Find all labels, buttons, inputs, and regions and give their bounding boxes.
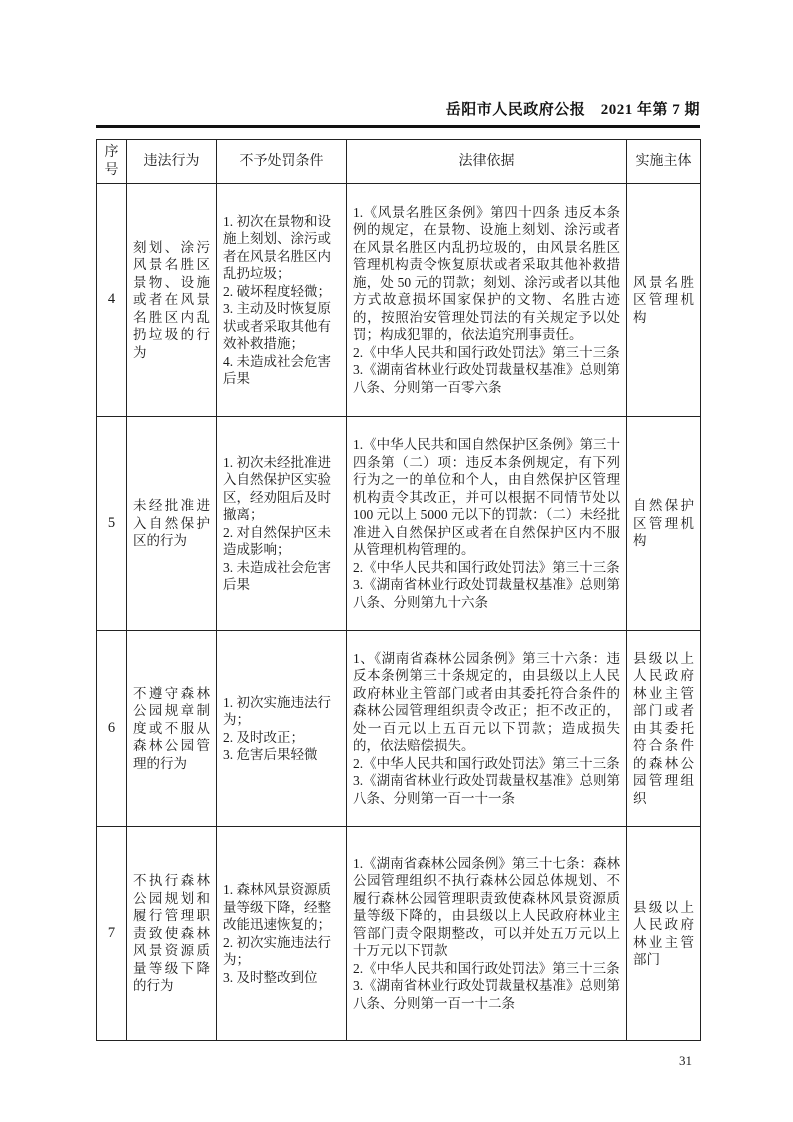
entity-cell: 县级以上人民政府林业主管部门或者由其委托符合条件的森林公园管理组织: [627, 631, 701, 827]
legal-basis-cell: 1.《风景名胜区条例》第四十四条 违反本条例的规定，在景物、设施上刻划、涂污或者…: [347, 184, 627, 417]
page-content: 岳阳市人民政府公报 2021 年第 7 期 序号 违法行为 不予处罚条件 法律依…: [96, 98, 700, 1069]
column-header-legal-basis: 法律依据: [347, 140, 627, 184]
entity-cell: 自然保护区管理机构: [627, 417, 701, 631]
page-number: 31: [96, 1053, 700, 1069]
illegal-behavior-cell: 刻划、涂污风景名胜区景物、设施或者在风景名胜区内乱扔垃圾的行为: [127, 184, 217, 417]
row-number-cell: 6: [97, 631, 127, 827]
illegal-behavior-cell: 不遵守森林公园规章制度或不服从森林公园管理的行为: [127, 631, 217, 827]
conditions-cell: 1. 森林风景资源质量等级下降，经整改能迅速恢复的； 2. 初次实施违法行为； …: [217, 827, 347, 1041]
conditions-cell: 1. 初次在景物和设施上刻划、涂污或者在风景名胜区内乱扔垃圾； 2. 破坏程度轻…: [217, 184, 347, 417]
table-row: 4 刻划、涂污风景名胜区景物、设施或者在风景名胜区内乱扔垃圾的行为 1. 初次在…: [97, 184, 701, 417]
column-header-entity: 实施主体: [627, 140, 701, 184]
table-row: 6 不遵守森林公园规章制度或不服从森林公园管理的行为 1. 初次实施违法行为； …: [97, 631, 701, 827]
legal-basis-cell: 1、《湖南省森林公园条例》第三十六条：违反本条例第三十条规定的，由县级以上人民政…: [347, 631, 627, 827]
conditions-cell: 1. 初次未经批准进入自然保护区实验区，经劝阻后及时撤离； 2. 对自然保护区未…: [217, 417, 347, 631]
entity-cell: 风景名胜区管理机构: [627, 184, 701, 417]
header-rule: [96, 125, 700, 128]
row-number-cell: 5: [97, 417, 127, 631]
entity-cell: 县级以上人民政府林业主管部门: [627, 827, 701, 1041]
legal-basis-cell: 1.《中华人民共和国自然保护区条例》第三十四条第（二）项：违反本条例规定，有下列…: [347, 417, 627, 631]
illegal-behavior-cell: 不执行森林公园规划和履行管理职责致使森林风景资源质量等级下降的行为: [127, 827, 217, 1041]
table-row: 7 不执行森林公园规划和履行管理职责致使森林风景资源质量等级下降的行为 1. 森…: [97, 827, 701, 1041]
column-header-behavior: 违法行为: [127, 140, 217, 184]
gazette-page: 岳阳市人民政府公报 2021 年第 7 期 序号 违法行为 不予处罚条件 法律依…: [0, 0, 793, 1122]
page-header-title: 岳阳市人民政府公报 2021 年第 7 期: [96, 98, 700, 125]
legal-basis-cell: 1.《湖南省森林公园条例》第三十七条：森林公园管理组织不执行森林公园总体规划、不…: [347, 827, 627, 1041]
illegal-behavior-cell: 未经批准进入自然保护区的行为: [127, 417, 217, 631]
column-header-no: 序号: [97, 140, 127, 184]
row-number-cell: 7: [97, 827, 127, 1041]
column-header-conditions: 不予处罚条件: [217, 140, 347, 184]
conditions-cell: 1. 初次实施违法行为； 2. 及时改正； 3. 危害后果轻微: [217, 631, 347, 827]
table-row: 5 未经批准进入自然保护区的行为 1. 初次未经批准进入自然保护区实验区，经劝阻…: [97, 417, 701, 631]
table-header-row: 序号 违法行为 不予处罚条件 法律依据 实施主体: [97, 140, 701, 184]
penalty-rules-table: 序号 违法行为 不予处罚条件 法律依据 实施主体 4 刻划、涂污风景名胜区景物、…: [96, 139, 701, 1041]
row-number-cell: 4: [97, 184, 127, 417]
